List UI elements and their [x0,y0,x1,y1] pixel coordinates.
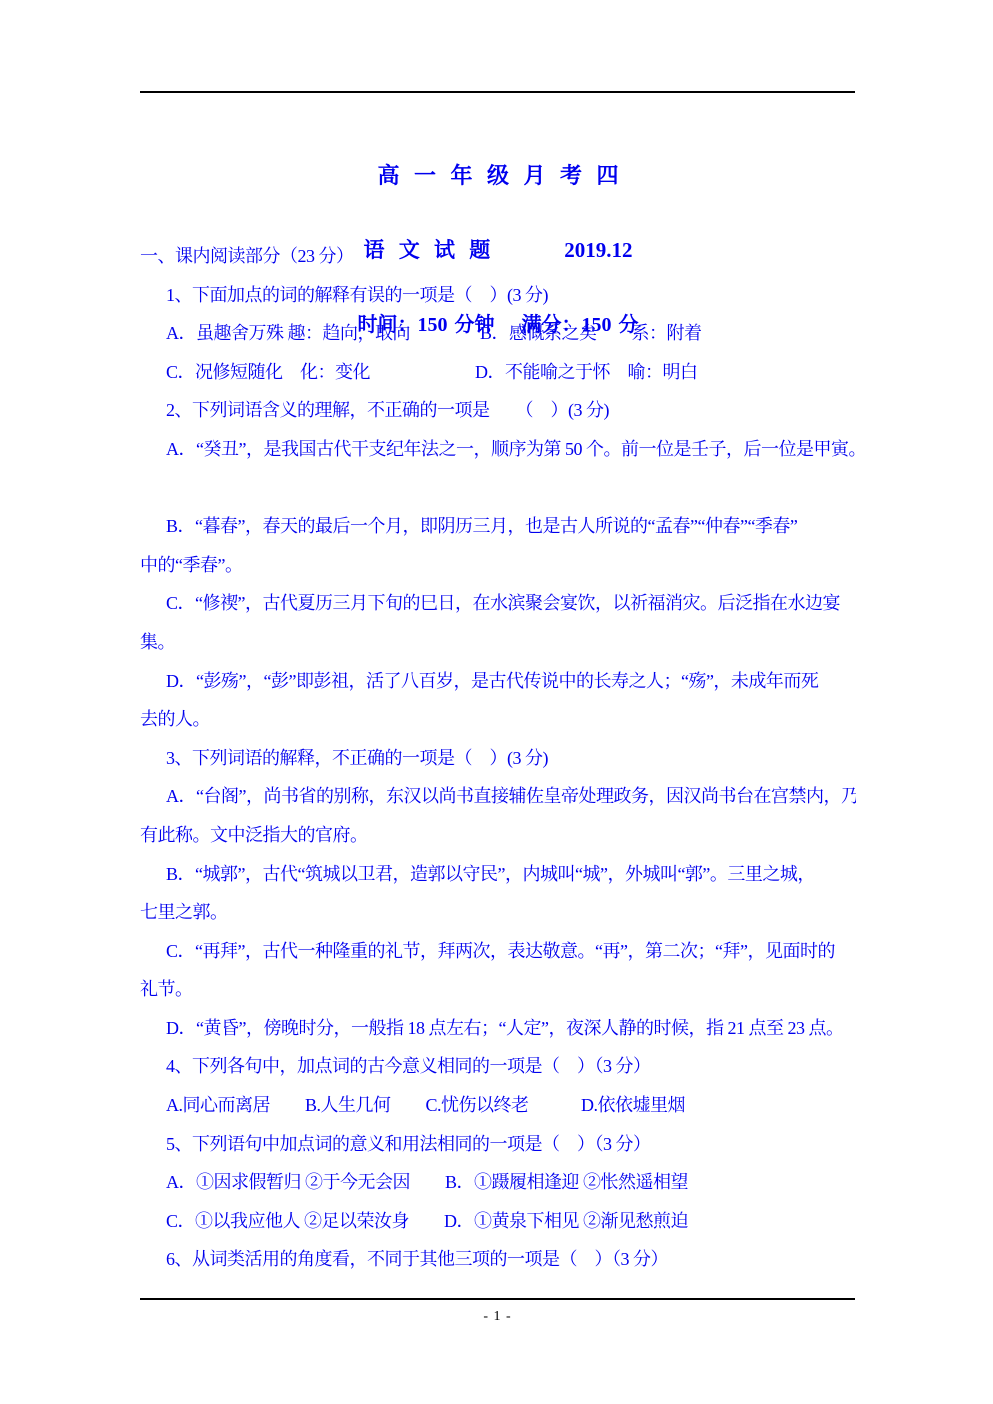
text-line: A．①因求假暂归 ②于今无会因 B．①蹑履相逢迎 ②怅然遥相望 [140,1163,856,1202]
header-rule [140,91,855,93]
text-line: 3、下列词语的解释，不正确的一项是（ ）(3 分) [140,739,856,778]
text-line: C．“修禊”，古代夏历三月下旬的巳日，在水滨聚会宴饮，以祈福消灾。后泛指在水边宴 [140,584,856,623]
footer-rule [140,1298,855,1300]
text-line: A．“台阁”，尚书省的别称，东汉以尚书直接辅佐皇帝处理政务，因汉尚书台在宫禁内，… [140,777,856,816]
text-line: 一、课内阅读部分（23 分） [140,237,856,276]
text-line: 集。 [140,623,856,662]
text-line [140,469,856,508]
text-line: 2、下列词语含义的理解，不正确的一项是 （ ）(3 分) [140,391,856,430]
text-line: 有此称。文中泛指大的官府。 [140,816,856,855]
text-line: B．“城郭”，古代“筑城以卫君，造郭以守民”，内城叫“城”，外城叫“郭”。三里之… [140,855,856,894]
text-line: A.同心而离居 B.人生几何 C.忧伤以终老 D.依依墟里烟 [140,1086,856,1125]
text-line: D．“黄昏”，傍晚时分，一般指 18 点左右；“人定”，夜深人静的时候，指 21… [140,1009,856,1048]
exam-body: 一、课内阅读部分（23 分）1、下面加点的词的解释有误的一项是（ ）(3 分)A… [140,237,856,1279]
text-line: C．①以我应他人 ②足以荣汝身 D．①黄泉下相见 ②渐见愁煎迫 [140,1202,856,1241]
text-line: 中的“季春”。 [140,546,856,585]
text-line: A．虽趣舍万殊 趣：趋向，取向 B．感慨系之矣 系：附着 [140,314,856,353]
text-line: 七里之郭。 [140,893,856,932]
exam-title: 高 一 年 级 月 考 四 [140,156,856,195]
text-line: 6、从词类活用的角度看，不同于其他三项的一项是（ ）（3 分） [140,1240,856,1279]
text-line: D．“彭殇”，“彭”即彭祖，活了八百岁，是古代传说中的长寿之人；“殇”，未成年而… [140,662,856,701]
text-line: A．“癸丑”，是我国古代干支纪年法之一，顺序为第 50 个。前一位是壬子，后一位… [140,430,856,469]
page-number: - 1 - [140,1305,855,1329]
text-line: C．况修短随化 化：变化 D．不能喻之于怀 喻：明白 [140,353,856,392]
text-line: 礼节。 [140,970,856,1009]
document-page: 高 一 年 级 月 考 四 语 文 试 题2019.12 时间：150 分钟 满… [0,0,993,1404]
text-line: 1、下面加点的词的解释有误的一项是（ ）(3 分) [140,276,856,315]
text-line: B．“暮春”，春天的最后一个月，即阴历三月，也是古人所说的“孟春”“仲春”“季春… [140,507,856,546]
text-line: 5、下列语句中加点词的意义和用法相同的一项是（ ）（3 分） [140,1125,856,1164]
text-line: C．“再拜”，古代一种隆重的礼节，拜两次，表达敬意。“再”，第二次；“拜”，见面… [140,932,856,971]
text-line: 4、下列各句中，加点词的古今意义相同的一项是（ ）（3 分） [140,1047,856,1086]
text-line: 去的人。 [140,700,856,739]
